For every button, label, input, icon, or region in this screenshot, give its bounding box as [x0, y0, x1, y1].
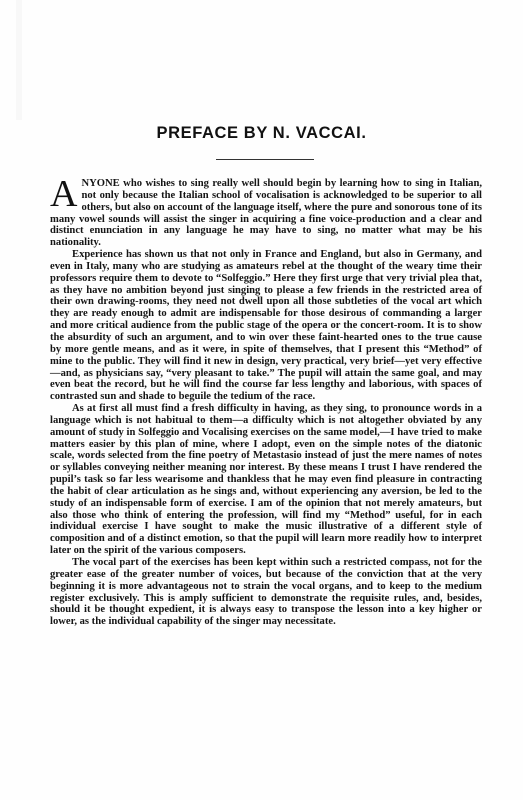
- page-edge-shadow: [16, 0, 22, 120]
- paragraph-3: As at first all must find a fresh diffic…: [50, 403, 482, 557]
- paragraph-1-text: NYONE who wishes to sing really well sho…: [50, 178, 482, 248]
- preface-body: ANYONE who wishes to sing really well sh…: [50, 178, 482, 628]
- drop-cap: A: [50, 179, 77, 209]
- paragraph-2: Experience has shown us that not only in…: [50, 249, 482, 403]
- paragraph-1: ANYONE who wishes to sing really well sh…: [50, 178, 482, 249]
- page-title: PREFACE BY N. VACCAI.: [0, 124, 523, 143]
- paragraph-4: The vocal part of the exercises has been…: [50, 557, 482, 628]
- title-divider: [216, 159, 314, 160]
- document-page: PREFACE BY N. VACCAI. ANYONE who wishes …: [0, 0, 523, 800]
